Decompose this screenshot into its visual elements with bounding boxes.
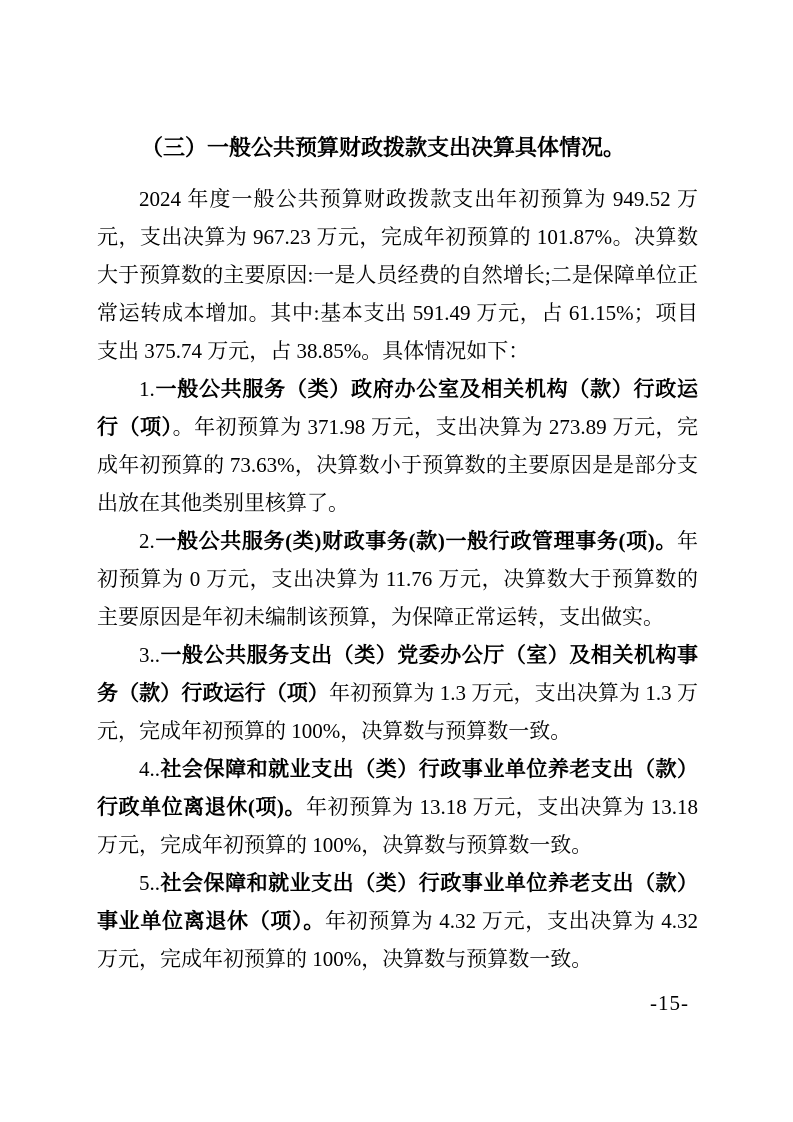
- section-heading: （三）一般公共预算财政拨款支出决算具体情况。: [97, 128, 698, 168]
- paragraph-intro: 2024 年度一般公共预算财政拨款支出年初预算为 949.52 万元，支出决算为…: [97, 180, 698, 370]
- paragraph-text: 2024 年度一般公共预算财政拨款支出年初预算为 949.52 万元，支出决算为…: [97, 187, 698, 363]
- paragraph-item-5: 5..社会保障和就业支出（类）行政事业单位养老支出（款）事业单位离退休（项）。年…: [97, 864, 698, 978]
- paragraph-item-4: 4..社会保障和就业支出（类）行政事业单位养老支出（款）行政单位离退休(项)。年…: [97, 750, 698, 864]
- paragraph-number: 2.: [139, 529, 155, 553]
- paragraph-number: 3..: [139, 643, 160, 667]
- paragraph-number: 5..: [139, 871, 160, 895]
- paragraph-text: 。年初预算为 371.98 万元，支出决算为 273.89 万元，完成年初预算的…: [97, 415, 698, 515]
- page-number: -15-: [650, 991, 689, 1015]
- paragraph-number: 4..: [139, 757, 160, 781]
- paragraph-bold-title: 一般公共服务(类)财政事务(款)一般行政管理事务(项)。: [155, 529, 677, 553]
- document-page: （三）一般公共预算财政拨款支出决算具体情况。 2024 年度一般公共预算财政拨款…: [0, 0, 793, 1122]
- paragraph-item-3: 3..一般公共服务支出（类）党委办公厅（室）及相关机构事务（款）行政运行（项）年…: [97, 636, 698, 750]
- paragraph-item-1: 1.一般公共服务（类）政府办公室及相关机构（款）行政运行（项）。年初预算为 37…: [97, 370, 698, 522]
- paragraph-item-2: 2.一般公共服务(类)财政事务(款)一般行政管理事务(项)。年初预算为 0 万元…: [97, 522, 698, 636]
- paragraph-number: 1.: [139, 377, 155, 401]
- document-body: （三）一般公共预算财政拨款支出决算具体情况。 2024 年度一般公共预算财政拨款…: [97, 128, 698, 978]
